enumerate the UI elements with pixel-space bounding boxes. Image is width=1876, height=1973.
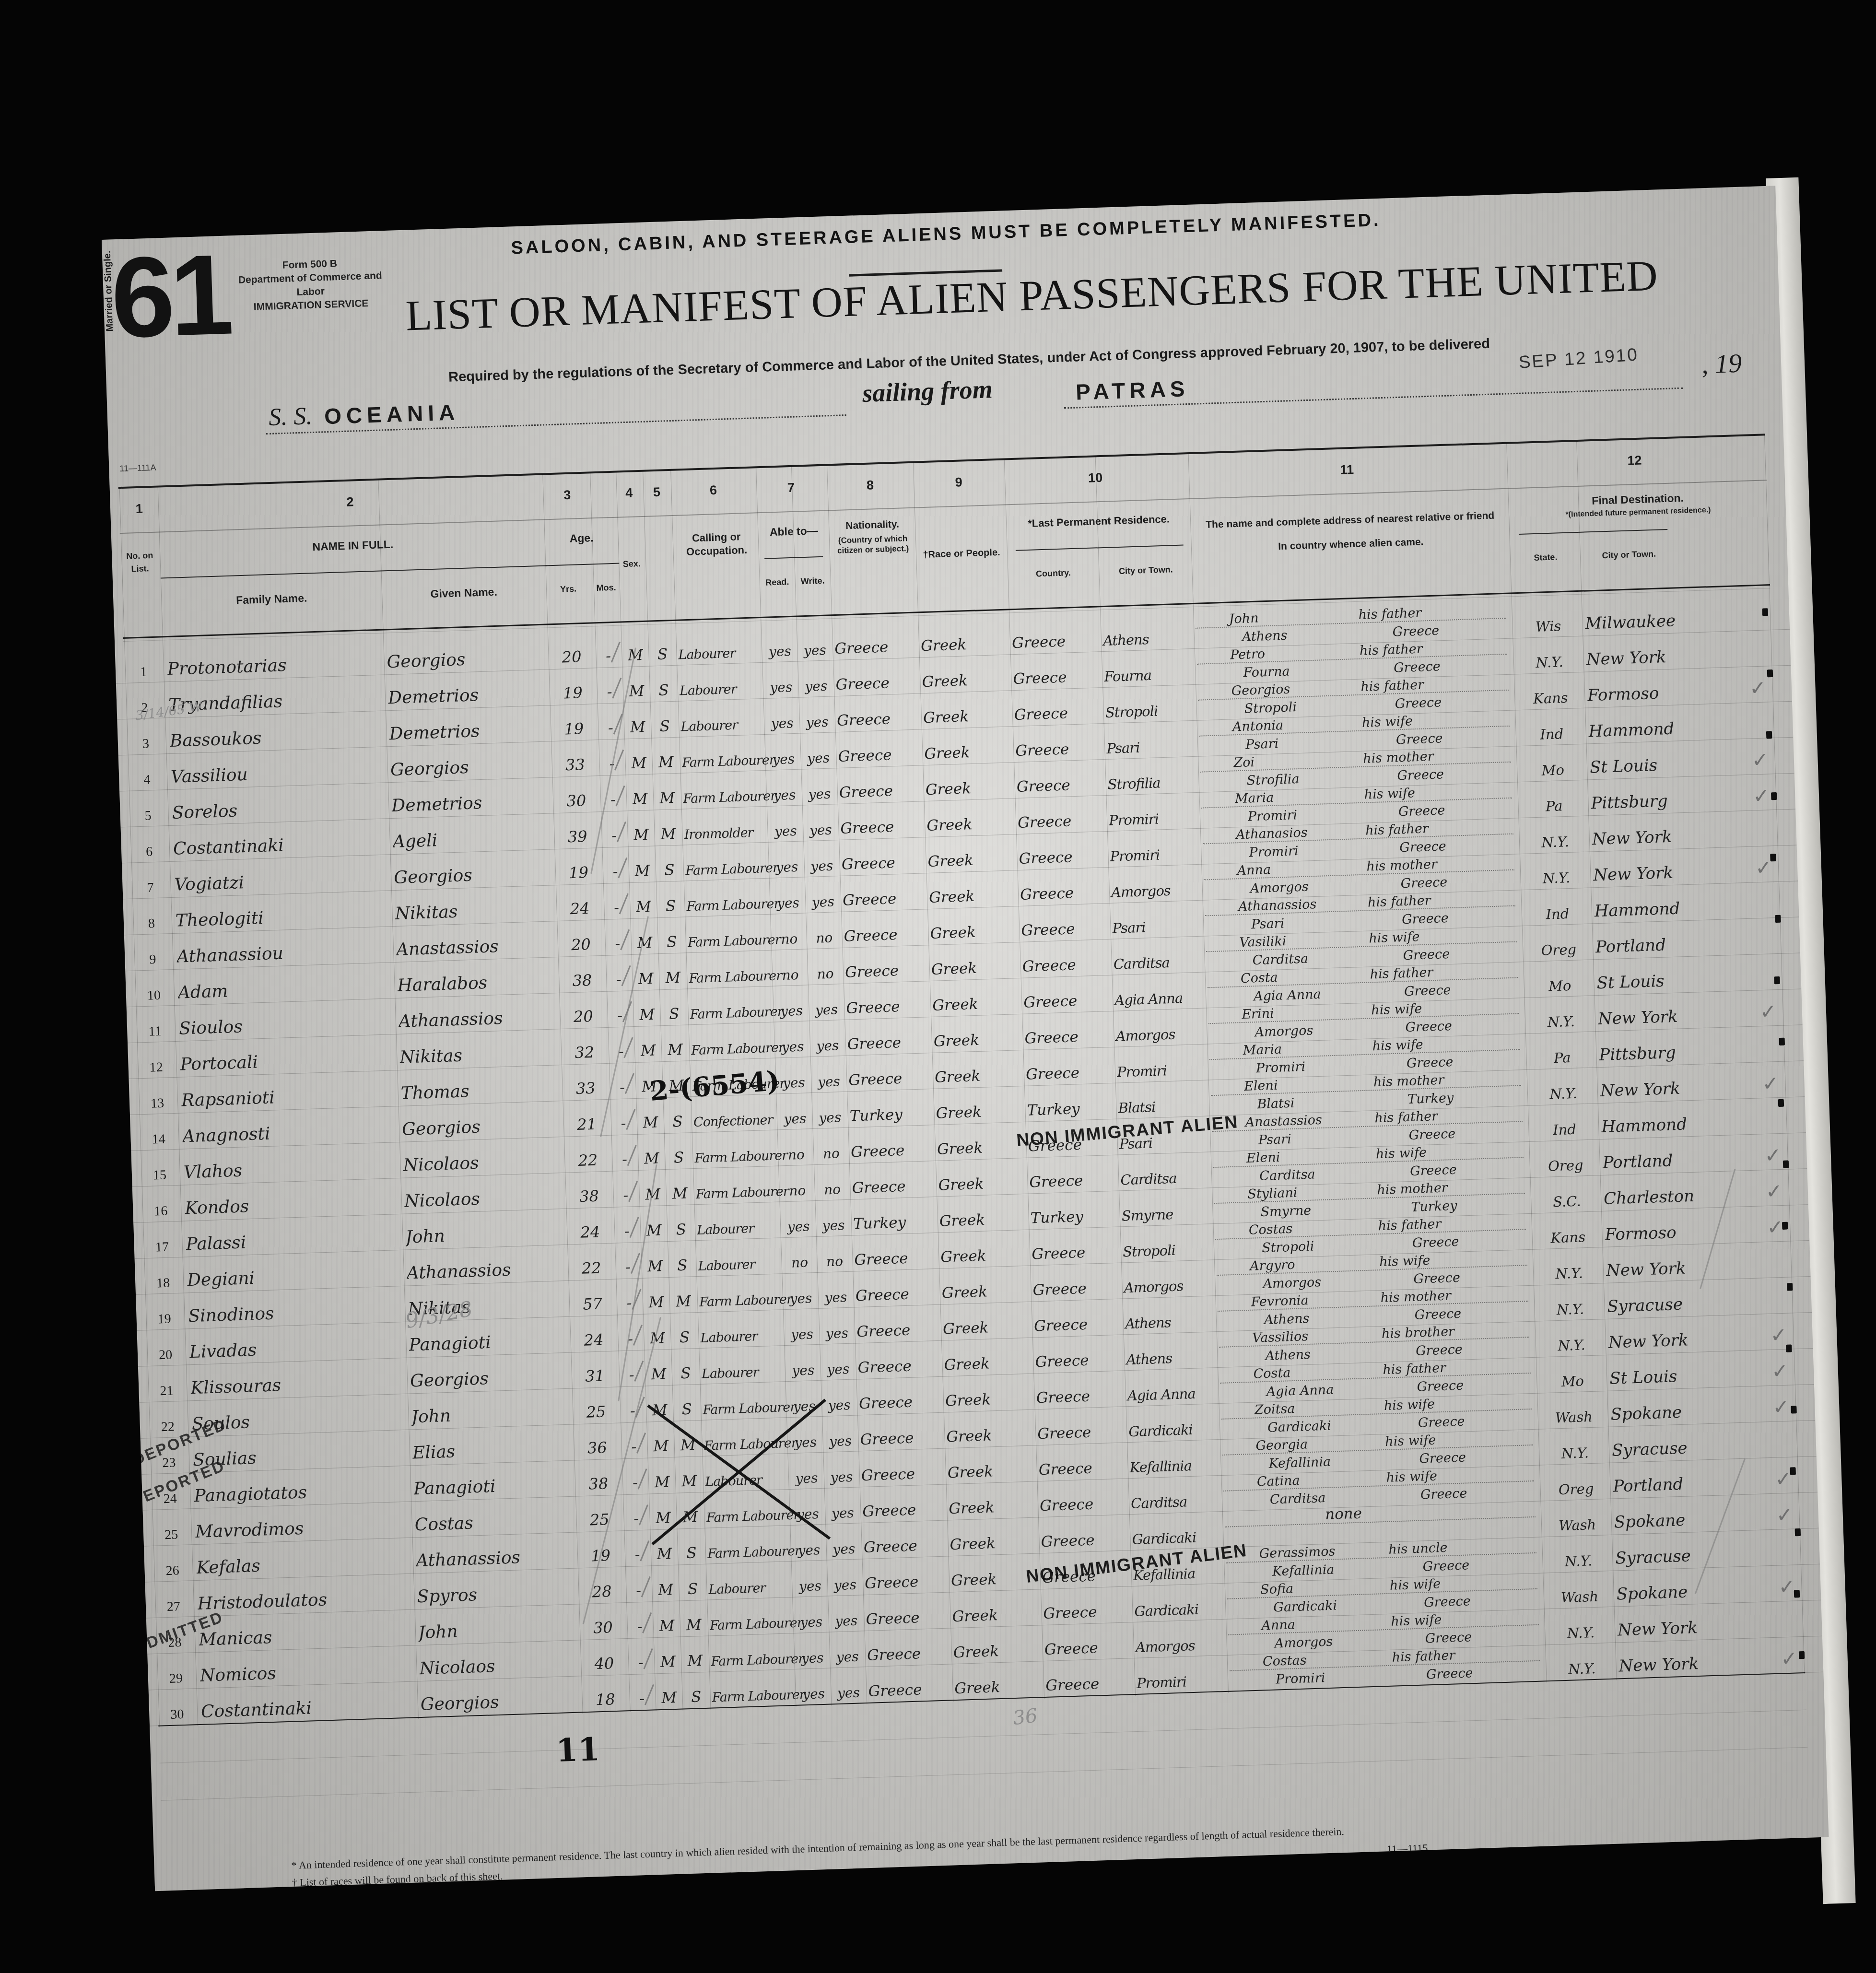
- cell-destination-state: N.Y.: [1544, 1552, 1613, 1571]
- cell-nationality: Greece: [845, 961, 930, 981]
- cell-destination-state: Kans: [1534, 1228, 1602, 1247]
- relative-name: Maria: [1234, 790, 1274, 807]
- manifest-page: 61 Form 500 B Department of Commerce and…: [102, 186, 1829, 1891]
- cell-married-or-single: M: [655, 825, 682, 844]
- col-header-calling: Calling or Occupation.: [673, 529, 760, 559]
- relative-relation: his wife: [1386, 1468, 1437, 1485]
- cell-residence-city: Promiri: [1110, 846, 1201, 865]
- cell-write: no: [807, 929, 842, 946]
- rule: [545, 563, 619, 566]
- form-code: 11—1115: [1386, 1842, 1428, 1856]
- cell-calling: Farm Labourer: [699, 1292, 784, 1310]
- cell-residence-country: Greece: [1035, 1351, 1124, 1371]
- cell-race: Greek: [929, 886, 1018, 906]
- cell-destination-city: Syracuse: [1611, 1435, 1789, 1460]
- ink-speck: [1767, 669, 1773, 677]
- relative-name: Athanassios: [1238, 897, 1317, 914]
- col-header-nationality-sub: (Country of which citizen or subject.): [829, 533, 917, 556]
- cell-no-on-list: 18: [146, 1275, 181, 1292]
- cell-residence-country: Greece: [1041, 1530, 1129, 1550]
- cell-write: yes: [806, 893, 841, 910]
- cell-nationality: Greece: [839, 781, 924, 801]
- footnotes: * An intended residence of one year shal…: [291, 1811, 1797, 1889]
- cell-write: yes: [802, 786, 837, 802]
- cell-family-name: Vassiliou: [171, 765, 248, 787]
- cell-destination-state: Oreg: [1531, 1156, 1600, 1175]
- cell-read: yes: [776, 1074, 811, 1091]
- cell-read: yes: [795, 1650, 830, 1667]
- cell-married-or-single: S: [650, 681, 677, 700]
- cell-family-name: Nomicos: [199, 1664, 276, 1686]
- cell-residence-city: Fourna: [1104, 666, 1196, 685]
- ink-speck: [1770, 854, 1776, 861]
- relative-name: Georgia: [1255, 1437, 1308, 1453]
- cell-calling: Farm Labourer: [683, 789, 768, 807]
- relative-country: Greece: [1417, 1378, 1464, 1395]
- cell-destination-state: Pa: [1520, 797, 1588, 816]
- col-header-sex: Sex.: [617, 558, 647, 570]
- cell-read: yes: [784, 1290, 819, 1307]
- relative-name: Argyro: [1250, 1257, 1295, 1274]
- relative-city: Psari: [1251, 916, 1285, 932]
- cell-destination-city: New York: [1600, 1076, 1778, 1101]
- cell-read: yes: [785, 1326, 820, 1343]
- relative-city: Promiri: [1276, 1670, 1325, 1687]
- cell-family-name: Sinodinos: [188, 1304, 274, 1327]
- cell-married-or-single: M: [680, 1616, 707, 1634]
- cell-write: no: [817, 1253, 852, 1270]
- pencil-check-mark: ✓: [1771, 1359, 1796, 1383]
- cell-destination-state: N.Y.: [1529, 1084, 1598, 1103]
- relative-country: Greece: [1406, 1055, 1453, 1071]
- cell-age-yrs: 40: [581, 1654, 628, 1673]
- relative-relation: his father: [1365, 821, 1429, 838]
- cell-write: yes: [803, 822, 838, 838]
- cell-no-on-list: 8: [134, 916, 169, 932]
- cell-sex: M: [655, 1653, 681, 1671]
- col-header-dest-city: City or Town.: [1581, 548, 1677, 562]
- column-number: 2: [340, 494, 360, 510]
- relative-relation: his father: [1370, 965, 1433, 982]
- cell-residence-city: Carditsa: [1113, 953, 1205, 973]
- cell-residence-country: Greece: [1038, 1458, 1127, 1479]
- cell-calling: Labourer: [680, 717, 765, 735]
- cell-no-on-list: 17: [144, 1239, 179, 1256]
- page-number-stamp: 61: [109, 229, 231, 364]
- cell-destination-city: New York: [1618, 1615, 1795, 1640]
- cell-family-name: Costantinaki: [201, 1698, 312, 1721]
- cell-nationality: Greece: [851, 1141, 936, 1161]
- cell-residence-city: Gardicaki: [1128, 1421, 1220, 1440]
- cell-read: yes: [763, 679, 798, 696]
- cell-sex: M: [629, 862, 656, 880]
- cell-race: Greek: [946, 1426, 1035, 1446]
- relative-country: Turkey: [1411, 1198, 1457, 1215]
- cell-race: Greek: [950, 1533, 1038, 1553]
- cell-write: yes: [828, 1576, 863, 1593]
- relative-relation: his wife: [1375, 1145, 1427, 1162]
- cell-read: yes: [765, 715, 800, 732]
- cell-destination-city: Spokane: [1610, 1399, 1788, 1424]
- cell-calling: Labourer: [698, 1256, 783, 1274]
- cell-residence-city: Strofilia: [1107, 774, 1199, 793]
- cell-residence-city: Athens: [1125, 1313, 1217, 1332]
- relative-country: Greece: [1422, 1558, 1469, 1574]
- cell-age-yrs: 38: [559, 971, 606, 990]
- cell-age-yrs: 57: [569, 1294, 616, 1314]
- cell-family-name: Rapsanioti: [181, 1088, 275, 1110]
- relative-country: Greece: [1420, 1486, 1467, 1502]
- cell-family-name: Theologiti: [175, 908, 264, 931]
- cell-residence-country: Greece: [1036, 1386, 1125, 1407]
- cell-residence-city: Kefallinia: [1129, 1456, 1221, 1476]
- cell-no-on-list: 19: [147, 1311, 182, 1327]
- cell-destination-state: S.C.: [1533, 1192, 1601, 1211]
- column-number: 8: [860, 478, 880, 493]
- cell-write: yes: [797, 642, 832, 658]
- cell-given-name: Costas: [414, 1513, 473, 1535]
- cell-given-name: Georgios: [394, 866, 473, 888]
- col-header-given-name: Given Name.: [380, 583, 548, 602]
- cell-residence-city: Psari: [1106, 738, 1198, 757]
- relative-name: Anastassios: [1245, 1113, 1322, 1130]
- ink-speck: [1762, 608, 1769, 616]
- cell-family-name: Vlahos: [183, 1161, 243, 1183]
- col-header-relative-line1: The name and complete address of nearest…: [1191, 509, 1509, 532]
- cell-destination-city: New York: [1606, 1256, 1783, 1280]
- cell-nationality: Greece: [841, 853, 926, 873]
- cell-age-yrs: 24: [567, 1222, 614, 1242]
- cell-residence-country: Turkey: [1027, 1099, 1115, 1119]
- cell-nationality: Greece: [846, 997, 931, 1017]
- cell-write: yes: [825, 1504, 860, 1521]
- film-scan: 61 Form 500 B Department of Commerce and…: [0, 0, 1876, 1973]
- cell-nationality: Greece: [867, 1644, 952, 1664]
- cell-family-name: Sorelos: [172, 801, 238, 822]
- ink-speck: [1783, 1160, 1789, 1168]
- cell-read: yes: [766, 751, 801, 768]
- cell-residence-country: Greece: [1045, 1674, 1134, 1694]
- cell-sex: M: [624, 718, 651, 737]
- cell-residence-city: Blatsi: [1118, 1097, 1209, 1116]
- cell-read: no: [773, 966, 808, 983]
- cell-given-name: Nikitas: [399, 1046, 463, 1068]
- cell-calling: Farm Labourer: [709, 1616, 794, 1633]
- cell-married-or-single: S: [657, 897, 684, 916]
- column-number: 6: [703, 482, 723, 498]
- cell-destination-city: New York: [1592, 824, 1770, 849]
- cell-married-or-single: S: [671, 1328, 698, 1347]
- relative-name: Catina: [1256, 1473, 1300, 1490]
- cell-write: yes: [821, 1361, 856, 1377]
- cell-read: yes: [796, 1685, 831, 1702]
- relative-country: Greece: [1399, 839, 1446, 855]
- cell-read: yes: [771, 894, 806, 911]
- cell-no-on-list: 15: [142, 1167, 177, 1184]
- cell-residence-country: Greece: [1019, 847, 1107, 868]
- cell-destination-city: Portland: [1602, 1148, 1780, 1173]
- relative-name: Erini: [1242, 1006, 1274, 1022]
- cell-family-name: Degiani: [187, 1268, 255, 1291]
- cell-calling: Farm Labourer: [687, 933, 772, 951]
- cell-read: yes: [794, 1614, 829, 1631]
- cell-destination-city: Spokane: [1616, 1579, 1794, 1604]
- ship-name: OCEANIA: [324, 399, 460, 429]
- cell-sex: M: [635, 1042, 662, 1060]
- relative-relation: his wife: [1389, 1576, 1441, 1593]
- relative-city: Blatsi: [1257, 1096, 1295, 1112]
- cell-destination-city: St Louis: [1596, 968, 1774, 993]
- cell-calling: Farm Labourer: [685, 861, 770, 879]
- annotation-hw_11: 11: [555, 1730, 600, 1769]
- cell-nationality: Greece: [860, 1429, 945, 1449]
- cell-age-yrs: 31: [571, 1366, 618, 1386]
- cell-family-name: Sioulos: [179, 1017, 243, 1038]
- col-header-dest-state: State.: [1510, 551, 1582, 564]
- cell-age-yrs: 38: [565, 1186, 612, 1206]
- cell-no-on-list: 7: [133, 880, 168, 896]
- cell-residence-city: Carditsa: [1120, 1169, 1212, 1188]
- cell-race: Greek: [931, 958, 1020, 978]
- cell-given-name: Georgios: [387, 650, 466, 672]
- cell-calling: Labourer: [678, 645, 763, 663]
- ink-speck: [1790, 1467, 1796, 1475]
- cell-no-on-list: 6: [132, 844, 167, 860]
- cell-married-or-single: S: [672, 1364, 699, 1383]
- cell-given-name: Georgios: [420, 1692, 499, 1715]
- cell-read: yes: [774, 1002, 809, 1019]
- cell-nationality: Turkey: [849, 1105, 934, 1125]
- cell-write: yes: [830, 1648, 865, 1665]
- cell-nationality: Greece: [843, 889, 927, 909]
- cell-destination-state: Wis: [1514, 617, 1583, 636]
- cell-race: Greek: [923, 706, 1012, 727]
- cell-age-yrs: 30: [579, 1618, 626, 1637]
- cell-residence-country: Greece: [1022, 955, 1111, 975]
- relative-relation: his father: [1360, 642, 1423, 658]
- cell-family-name: Klissouras: [190, 1375, 281, 1398]
- cell-residence-city: Gardicaki: [1134, 1600, 1226, 1620]
- cell-calling: Farm Labourer: [686, 897, 771, 915]
- cell-nationality: Greece: [866, 1608, 950, 1628]
- cell-given-name: Georgios: [410, 1369, 489, 1391]
- relative-name: Zoi: [1233, 755, 1255, 770]
- cell-nationality: Greece: [859, 1393, 944, 1413]
- cell-residence-city: Promiri: [1109, 810, 1200, 829]
- ship-prefix: S. S.: [268, 402, 313, 432]
- relative-city: Promiri: [1256, 1059, 1306, 1076]
- relative-name: Costa: [1240, 970, 1278, 986]
- cell-age-yrs: 20: [548, 647, 595, 667]
- relative-relation: his mother: [1373, 1073, 1444, 1090]
- cell-race: Greek: [947, 1461, 1036, 1481]
- cell-race: Greek: [921, 634, 1009, 655]
- relative-relation: his wife: [1385, 1433, 1436, 1449]
- cell-nationality: Greece: [837, 709, 922, 729]
- cell-nationality: Greece: [868, 1680, 953, 1700]
- cell-given-name: Thomas: [400, 1081, 469, 1104]
- relative-city: Carditsa: [1259, 1167, 1315, 1184]
- cell-no-on-list: 26: [155, 1563, 190, 1579]
- relative-name: Vassilios: [1252, 1329, 1309, 1346]
- cell-read: yes: [781, 1218, 816, 1235]
- relative-relation: his brother: [1382, 1324, 1455, 1341]
- cell-no-on-list: 29: [158, 1670, 193, 1687]
- cell-sex: M: [631, 934, 658, 952]
- relative-name: Costas: [1262, 1653, 1307, 1669]
- relative-city: Stropoli: [1244, 700, 1297, 716]
- cell-residence-country: Greece: [1044, 1638, 1133, 1658]
- relative-relation: his wife: [1361, 714, 1413, 730]
- cell-sex: M: [656, 1689, 682, 1707]
- cell-race: Greek: [949, 1497, 1037, 1517]
- cell-race: Greek: [922, 670, 1010, 691]
- cell-residence-country: Greece: [1043, 1602, 1132, 1622]
- relative-relation: his mother: [1377, 1180, 1448, 1198]
- cell-nationality: Greece: [861, 1465, 946, 1485]
- cell-given-name: Georgios: [390, 758, 469, 780]
- cell-nationality: Greece: [852, 1177, 937, 1197]
- cell-no-on-list: 30: [160, 1706, 195, 1723]
- cell-residence-country: Greece: [1032, 1243, 1120, 1263]
- relative-relation: his uncle: [1388, 1540, 1448, 1557]
- cell-sex: M: [630, 898, 657, 916]
- cell-read: yes: [768, 822, 803, 839]
- cell-age-yrs: 32: [561, 1043, 608, 1062]
- cell-read: yes: [762, 643, 797, 660]
- ink-speck: [1786, 1344, 1792, 1352]
- pencil-check-mark: ✓: [1762, 1071, 1787, 1096]
- cell-residence-city: Carditsa: [1131, 1492, 1222, 1512]
- col-header-write: Write.: [794, 575, 832, 587]
- cell-write: yes: [820, 1325, 855, 1342]
- relative-relation: his mother: [1363, 749, 1434, 766]
- cell-age-yrs: 19: [551, 719, 598, 739]
- relative-city: Strofilia: [1246, 772, 1300, 788]
- cell-destination-city: New York: [1608, 1327, 1786, 1352]
- cell-given-name: John: [418, 1622, 458, 1643]
- cell-residence-city: Psari: [1112, 917, 1204, 937]
- ink-speck: [1774, 976, 1780, 984]
- cell-no-on-list: 1: [126, 664, 161, 681]
- cell-residence-country: Turkey: [1030, 1207, 1119, 1227]
- relative-relation: his wife: [1379, 1253, 1430, 1269]
- cell-race: Greek: [935, 1066, 1023, 1086]
- col-header-last-permanent-residence: *Last Permanent Residence.: [1006, 512, 1192, 531]
- cell-destination-state: Oreg: [1542, 1480, 1610, 1499]
- relative-country: Greece: [1425, 1630, 1472, 1646]
- relative-country: Greece: [1412, 1234, 1459, 1251]
- cell-no-on-list: 4: [129, 772, 164, 788]
- cell-race: Greek: [941, 1282, 1030, 1302]
- column-number: 9: [949, 475, 969, 490]
- cell-no-on-list: 12: [139, 1059, 174, 1076]
- cell-married-or-single: M: [659, 969, 687, 987]
- relative-country: Greece: [1408, 1127, 1455, 1143]
- rule: [161, 565, 547, 578]
- relative-country: Greece: [1403, 947, 1450, 963]
- cell-write: yes: [823, 1433, 858, 1449]
- cell-residence-city: Amorgos: [1111, 881, 1202, 901]
- cell-given-name: Nikitas: [395, 902, 458, 924]
- cell-destination-city: Portland: [1613, 1471, 1791, 1496]
- relative-country: Greece: [1396, 731, 1443, 747]
- cell-no-on-list: 20: [148, 1347, 183, 1363]
- cell-destination-city: Charleston: [1604, 1184, 1782, 1209]
- cell-write: yes: [818, 1289, 853, 1306]
- relative-city: Psari: [1258, 1132, 1291, 1148]
- cell-no-on-list: 27: [156, 1598, 191, 1615]
- pencil-check-mark: ✓: [1770, 1323, 1795, 1347]
- cell-given-name: Athanassios: [416, 1548, 521, 1571]
- cell-age-yrs: 24: [556, 899, 603, 918]
- relative-city: Athens: [1265, 1347, 1311, 1363]
- relative-country: Greece: [1397, 767, 1444, 783]
- relative-country: Greece: [1426, 1666, 1473, 1682]
- cell-married-or-single: M: [662, 1041, 689, 1059]
- relative-relation: his father: [1378, 1217, 1442, 1233]
- cell-given-name: Demetrios: [388, 685, 479, 708]
- cell-destination-state: N.Y.: [1527, 1012, 1595, 1031]
- cell-married-or-single: M: [654, 789, 681, 808]
- cell-destination-state: Wash: [1543, 1516, 1612, 1535]
- cell-family-name: Vogiatzi: [174, 873, 245, 895]
- relative-name: Maria: [1243, 1042, 1282, 1058]
- cell-nationality: Greece: [847, 1033, 932, 1053]
- cell-write: yes: [804, 857, 839, 874]
- cell-race: Greek: [932, 994, 1021, 1014]
- cell-race: Greek: [952, 1605, 1041, 1625]
- cell-nationality: Greece: [865, 1572, 950, 1592]
- cell-residence-country: Greece: [1018, 811, 1106, 832]
- cell-race: Greek: [945, 1390, 1034, 1410]
- cell-age-yrs: 39: [554, 827, 601, 846]
- cell-married-or-single: S: [664, 1113, 691, 1131]
- cell-family-name: Bassoukos: [169, 728, 262, 751]
- cell-family-name: Anagnosti: [182, 1124, 270, 1147]
- cell-given-name: John: [411, 1406, 451, 1427]
- cell-married-or-single: S: [679, 1580, 706, 1598]
- cell-no-on-list: 11: [138, 1023, 173, 1040]
- cell-age-yrs: 36: [574, 1438, 621, 1457]
- ink-speck: [1779, 1038, 1785, 1045]
- cell-destination-state: Mo: [1525, 976, 1594, 995]
- cell-calling: Ironmolder: [684, 825, 769, 843]
- cell-nationality: Greece: [844, 925, 928, 945]
- cell-given-name: Spyros: [417, 1585, 478, 1607]
- ink-speck: [1795, 1528, 1801, 1536]
- relative-relation: his father: [1358, 606, 1422, 622]
- cell-destination-city: Syracuse: [1615, 1543, 1793, 1568]
- relative-country: Turkey: [1407, 1091, 1454, 1107]
- cell-residence-country: Greece: [1015, 740, 1104, 760]
- cell-destination-state: Ind: [1530, 1120, 1599, 1139]
- cell-read: yes: [769, 858, 804, 875]
- cell-write: yes: [831, 1684, 866, 1701]
- cell-family-name: Athanassiou: [176, 944, 284, 967]
- cell-destination-state: N.Y.: [1548, 1660, 1616, 1679]
- column-number: 10: [1086, 470, 1105, 486]
- cell-write: no: [808, 965, 843, 982]
- cell-no-on-list: 21: [149, 1383, 184, 1399]
- cell-race: Greek: [937, 1138, 1026, 1158]
- cell-race: Greek: [927, 850, 1016, 870]
- cell-residence-city: Athens: [1103, 630, 1195, 649]
- cell-residence-country: Greece: [1040, 1494, 1128, 1515]
- cell-sex: M: [637, 1114, 664, 1132]
- relative-country: Greece: [1414, 1306, 1461, 1323]
- cell-race: Greek: [953, 1641, 1042, 1661]
